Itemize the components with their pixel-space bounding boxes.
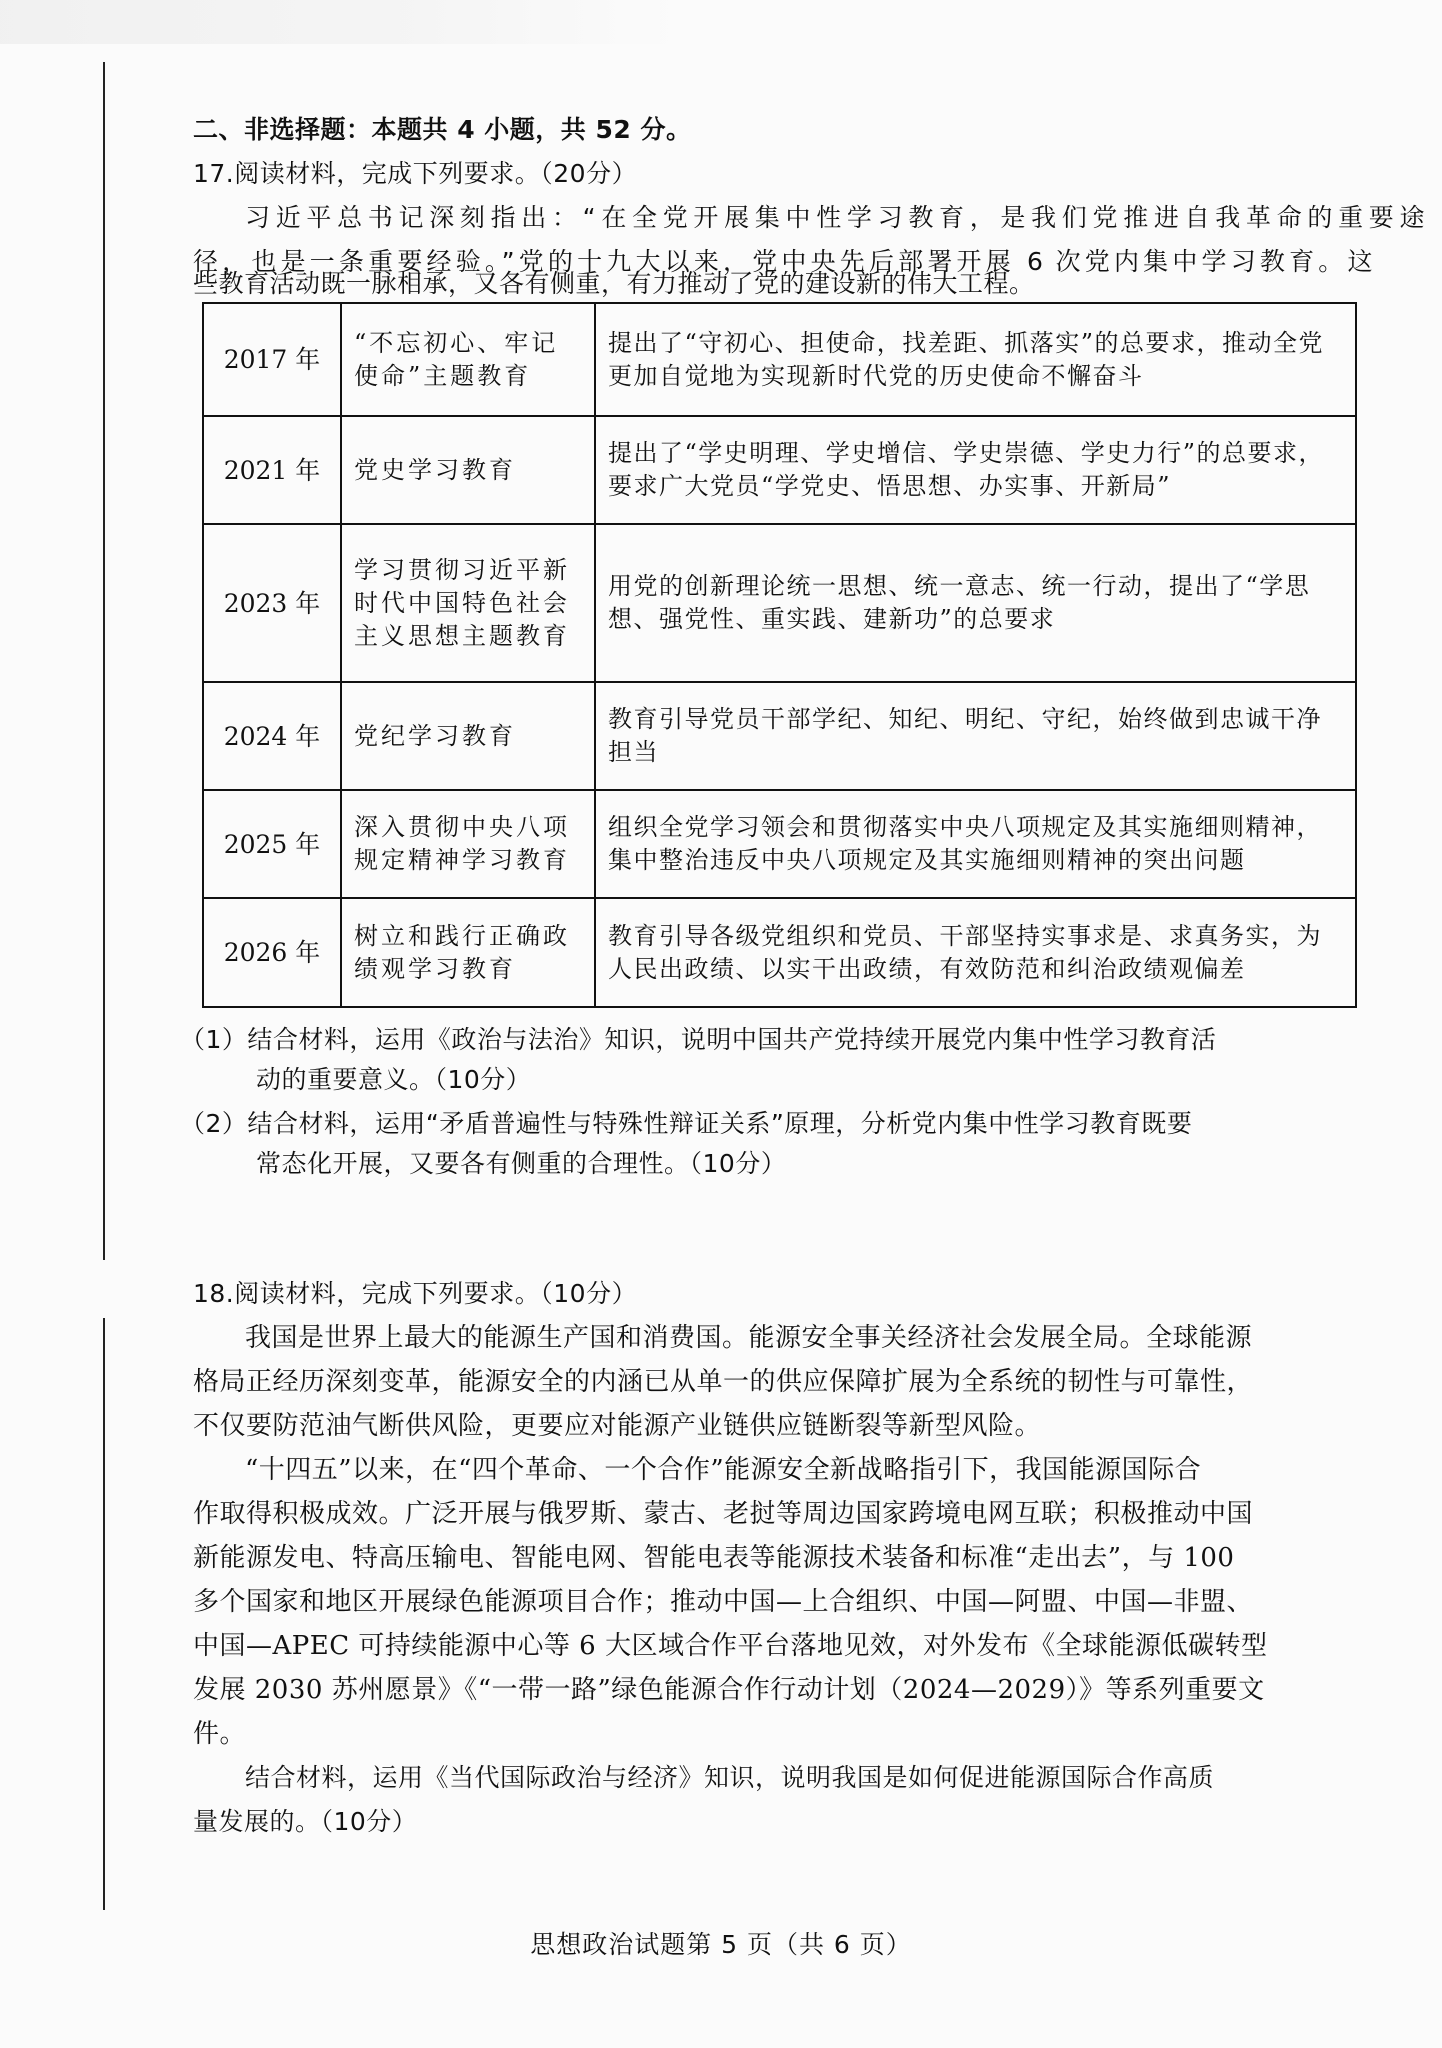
description-cell: 提出了“守初心、担使命，找差距、抓落实”的总要求，推动全党更加自觉地为实现新时代… — [595, 303, 1356, 416]
year-cell: 2026 年 — [203, 898, 341, 1007]
table-row: 2024 年 党纪学习教育 教育引导党员干部学纪、知纪、明纪、守纪，始终做到忠诚… — [203, 682, 1356, 790]
q18-para2-line: 发展 2030 苏州愿景》《“一带一路”绿色能源合作行动计划（2024—2029… — [193, 1672, 1373, 1708]
year-cell: 2024 年 — [203, 682, 341, 790]
year-cell: 2025 年 — [203, 790, 341, 898]
section-title: 二、非选择题：本题共 4 小题，共 52 分。 — [193, 112, 1373, 148]
description-cell: 教育引导各级党组织和党员、干部坚持实事求是、求真务实，为人民出政绩、以实干出政绩… — [595, 898, 1356, 1007]
q18-question-line: 结合材料，运用《当代国际政治与经济》知识，说明我国是如何促进能源国际合作高质 — [193, 1760, 1425, 1796]
q18-para2-line: 新能源发电、特高压输电、智能电网、智能电表等能源技术装备和标准“走出去”，与 1… — [193, 1540, 1373, 1576]
q18-para2-line: 件。 — [193, 1716, 1373, 1752]
q18-heading: 18.阅读材料，完成下列要求。（10分） — [193, 1276, 1373, 1312]
q18-para2-line: 作取得积极成效。广泛开展与俄罗斯、蒙古、老挝等周边国家跨境电网互联；积极推动中国 — [193, 1496, 1373, 1532]
q18-para2-line: 中国—APEC 可持续能源中心等 6 大区域合作平台落地见效，对外发布《全球能源… — [193, 1628, 1373, 1664]
description-cell: 组织全党学习领会和贯彻落实中央八项规定及其实施细则精神，集中整治违反中央八项规定… — [595, 790, 1356, 898]
q17-sub1: （1）结合材料，运用《政治与法治》知识，说明中国共产党持续开展党内集中性学习教育… — [180, 1022, 1360, 1058]
q17-sub2-cont: 常态化开展，又要各有侧重的合理性。（10分） — [256, 1146, 1436, 1182]
description-cell: 提出了“学史明理、学史增信、学史崇德、学史力行”的总要求，要求广大党员“学党史、… — [595, 416, 1356, 524]
q18-para1-line: 我国是世界上最大的能源生产国和消费国。能源安全事关经济社会发展全局。全球能源 — [193, 1320, 1425, 1356]
q18-para2-line: 多个国家和地区开展绿色能源项目合作；推动中国—上合组织、中国—阿盟、中国—非盟、 — [193, 1584, 1373, 1620]
q17-sub1-cont: 动的重要意义。（10分） — [256, 1062, 1436, 1098]
q18-para1-line: 不仅要防范油气断供风险，更要应对能源产业链供应链断裂等新型风险。 — [193, 1408, 1373, 1444]
campaign-name-cell: “不忘初心、牢记使命”主题教育 — [341, 303, 595, 416]
q18-question-line: 量发展的。（10分） — [193, 1804, 1373, 1840]
campaign-name-cell: 学习贯彻习近平新时代中国特色社会主义思想主题教育 — [341, 524, 595, 682]
q17-intro-line: 习近平总书记深刻指出：“在全党开展集中性学习教育，是我们党推进自我革命的重要途 — [193, 200, 1425, 236]
campaign-name-cell: 深入贯彻中央八项规定精神学习教育 — [341, 790, 595, 898]
scan-bleed-through — [0, 0, 680, 44]
description-cell: 用党的创新理论统一思想、统一意志、统一行动，提出了“学思想、强党性、重实践、建新… — [595, 524, 1356, 682]
page-footer: 思想政治试题第 5 页（共 6 页） — [0, 1925, 1442, 1961]
campaign-name-cell: 树立和践行正确政绩观学习教育 — [341, 898, 595, 1007]
q17-intro-line: 些教育活动既一脉相承，又各有侧重，有力推动了党的建设新的伟大工程。 — [193, 266, 1373, 302]
q18-para2-line: “十四五”以来，在“四个革命、一个合作”能源安全新战略指引下，我国能源国际合 — [193, 1452, 1425, 1488]
q17-sub2: （2）结合材料，运用“矛盾普遍性与特殊性辩证关系”原理，分析党内集中性学习教育既… — [180, 1106, 1360, 1142]
binding-margin-line — [103, 1318, 105, 1910]
education-table: 2017 年 “不忘初心、牢记使命”主题教育 提出了“守初心、担使命，找差距、抓… — [202, 302, 1357, 1008]
q18-para1-line: 格局正经历深刻变革，能源安全的内涵已从单一的供应保障扩展为全系统的韧性与可靠性， — [193, 1364, 1373, 1400]
campaign-name-cell: 党纪学习教育 — [341, 682, 595, 790]
q17-heading: 17.阅读材料，完成下列要求。（20分） — [193, 156, 1373, 192]
table-row: 2026 年 树立和践行正确政绩观学习教育 教育引导各级党组织和党员、干部坚持实… — [203, 898, 1356, 1007]
table-row: 2023 年 学习贯彻习近平新时代中国特色社会主义思想主题教育 用党的创新理论统… — [203, 524, 1356, 682]
year-cell: 2021 年 — [203, 416, 341, 524]
description-cell: 教育引导党员干部学纪、知纪、明纪、守纪，始终做到忠诚干净担当 — [595, 682, 1356, 790]
table-row: 2021 年 党史学习教育 提出了“学史明理、学史增信、学史崇德、学史力行”的总… — [203, 416, 1356, 524]
year-cell: 2023 年 — [203, 524, 341, 682]
campaign-name-cell: 党史学习教育 — [341, 416, 595, 524]
table-row: 2025 年 深入贯彻中央八项规定精神学习教育 组织全党学习领会和贯彻落实中央八… — [203, 790, 1356, 898]
year-cell: 2017 年 — [203, 303, 341, 416]
binding-margin-line — [103, 62, 105, 1260]
table-row: 2017 年 “不忘初心、牢记使命”主题教育 提出了“守初心、担使命，找差距、抓… — [203, 303, 1356, 416]
